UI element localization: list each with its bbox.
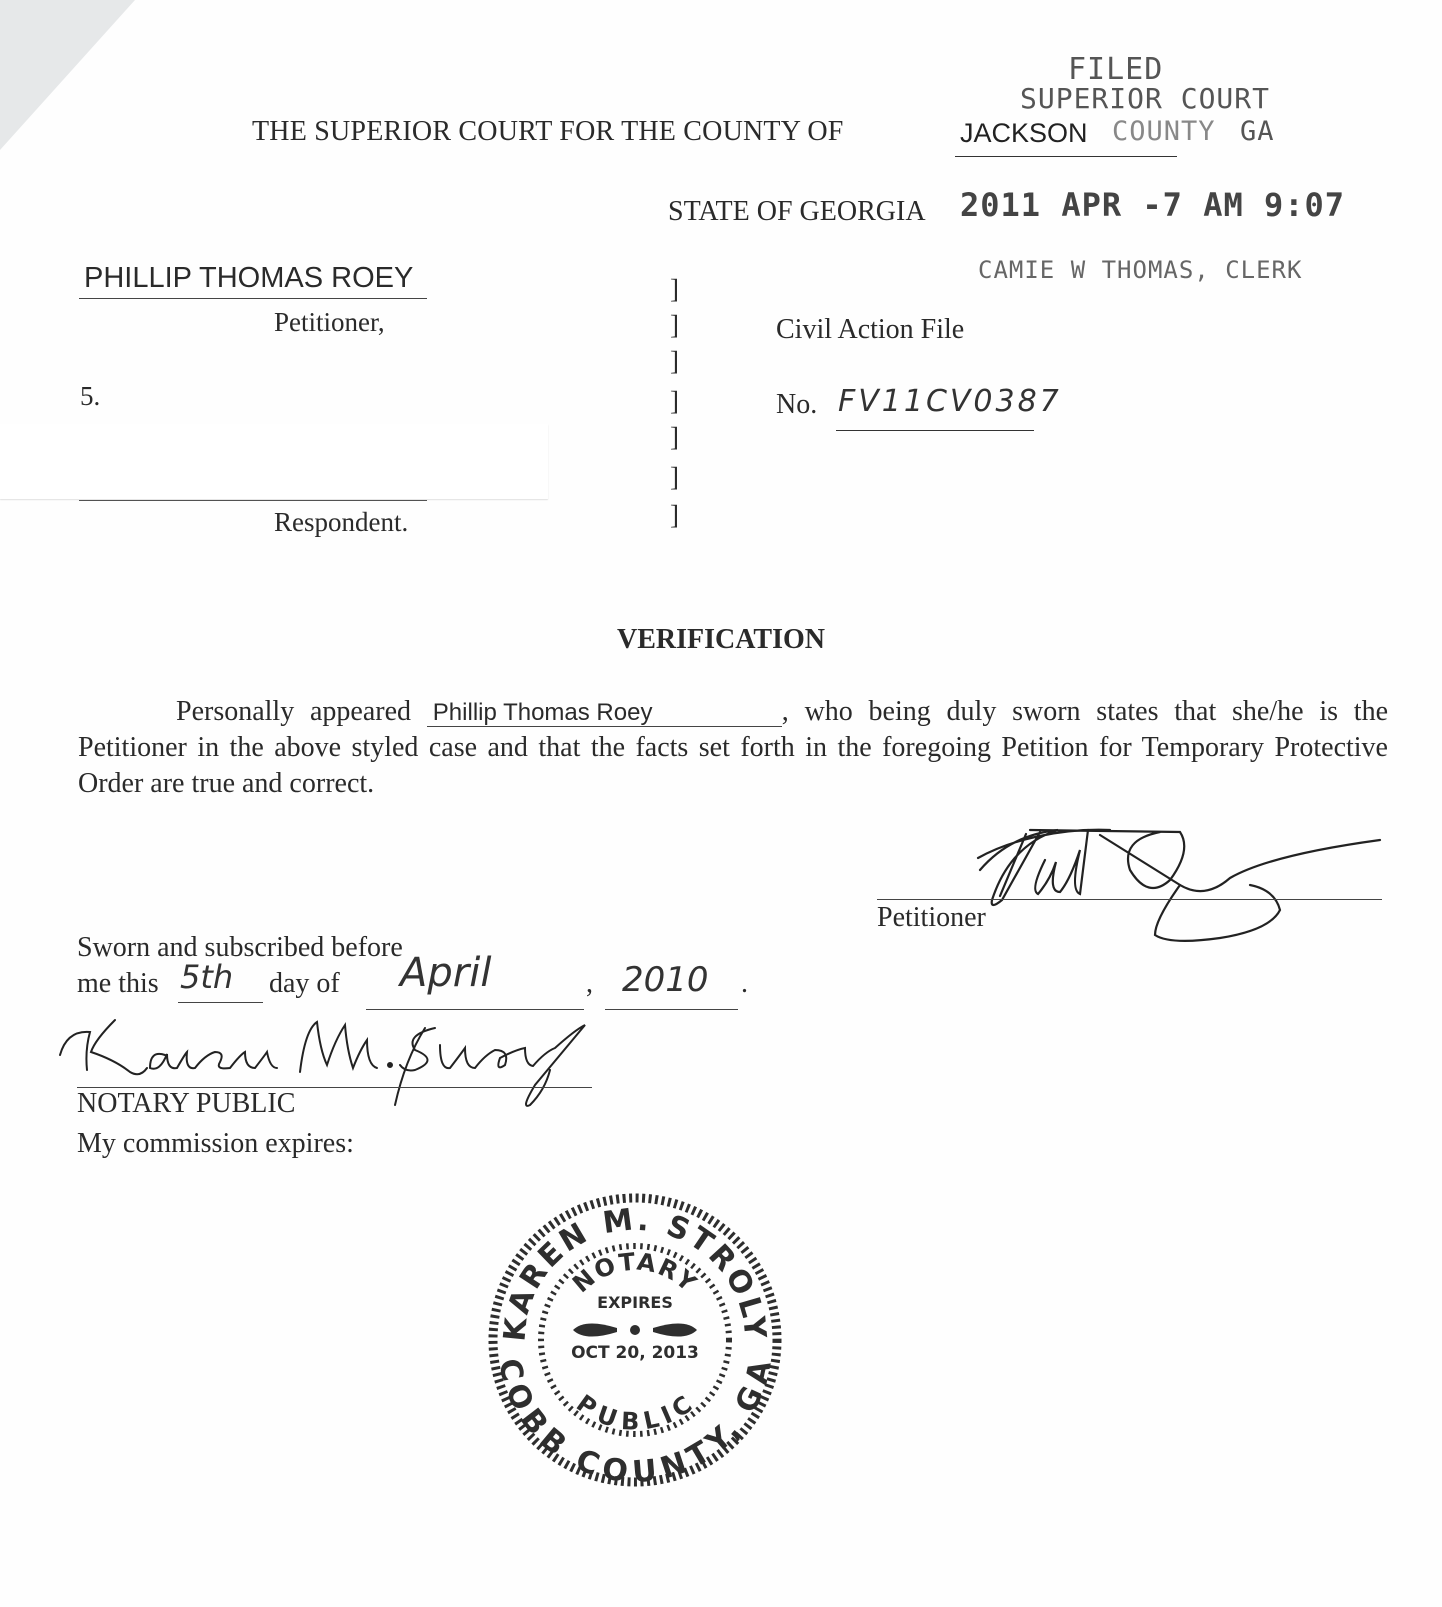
court-heading: THE SUPERIOR COURT FOR THE COUNTY OF — [252, 116, 844, 148]
caption-bracket: ] — [670, 310, 679, 341]
petitioner-signature — [930, 800, 1390, 950]
document-title: VERIFICATION — [0, 624, 1442, 656]
jurat-year-underline — [605, 1009, 738, 1010]
jurat-day-underline — [178, 1002, 263, 1003]
notary-seal: KAREN M. STROLY COBB COUNTY, GA NOTARY P… — [485, 1190, 785, 1490]
caption-bracket: ] — [670, 422, 679, 453]
verification-paragraph: Personally appeared Phillip Thomas Roey,… — [78, 694, 1388, 802]
caption-bracket: ] — [670, 386, 679, 417]
notary-public-label: NOTARY PUBLIC — [77, 1088, 295, 1120]
jurat-year: 2010 — [622, 960, 709, 1000]
seal-ornament — [573, 1323, 697, 1336]
filed-stamp-state: GA — [1240, 116, 1275, 147]
petitioner-signature-label: Petitioner — [877, 902, 986, 934]
versus-label: 5. — [80, 381, 100, 412]
case-number-underline — [836, 430, 1034, 431]
petitioner-signature-line — [877, 899, 1382, 900]
county-name: JACKSON — [960, 118, 1088, 149]
caption-bracket: ] — [670, 500, 679, 531]
affiant-name: Phillip Thomas Roey — [427, 700, 782, 727]
case-number-label: No. — [776, 389, 817, 421]
jurat-period: . — [741, 968, 748, 1000]
jurat-day: 5th — [180, 958, 233, 996]
respondent-label: Respondent. — [274, 507, 408, 538]
verification-lead: Personally appeared — [176, 696, 411, 727]
redaction-box — [0, 424, 548, 499]
petitioner-label: Petitioner, — [274, 307, 385, 338]
jurat-line1: Sworn and subscribed before — [77, 932, 403, 964]
petitioner-name: PHILLIP THOMAS ROEY — [84, 262, 413, 295]
petitioner-underline — [79, 298, 427, 299]
filed-stamp-county: COUNTY — [1112, 116, 1216, 147]
caption-bracket: ] — [670, 274, 679, 305]
caption-bracket: ] — [670, 462, 679, 493]
case-number: FV11CV0387 — [838, 384, 1062, 419]
jurat-me-this: me this — [77, 968, 159, 1000]
jurat-month: April — [400, 950, 491, 996]
filed-stamp-court: SUPERIOR COURT — [1020, 82, 1270, 115]
commission-expires-label: My commission expires: — [77, 1128, 354, 1160]
civil-action-file-label: Civil Action File — [776, 314, 964, 346]
county-underline — [955, 156, 1177, 157]
jurat-comma: , — [586, 968, 593, 1000]
respondent-underline — [79, 500, 427, 501]
svg-text:NOTARY: NOTARY — [567, 1248, 703, 1299]
seal-notary: NOTARY — [567, 1248, 703, 1299]
seal-expires-date: OCT 20, 2013 — [571, 1343, 699, 1363]
filed-stamp-clerk: CAMIE W THOMAS, CLERK — [978, 256, 1302, 284]
svg-text:PUBLIC: PUBLIC — [571, 1389, 699, 1436]
page-corner-fold — [0, 0, 135, 150]
jurat-day-of: day of — [269, 968, 340, 1000]
state-heading: STATE OF GEORGIA — [668, 196, 926, 228]
caption-bracket: ] — [670, 346, 679, 377]
seal-expires-label: EXPIRES — [597, 1293, 673, 1312]
filed-stamp-datetime: 2011 APR -7 AM 9:07 — [960, 186, 1345, 224]
seal-public: PUBLIC — [571, 1389, 699, 1436]
